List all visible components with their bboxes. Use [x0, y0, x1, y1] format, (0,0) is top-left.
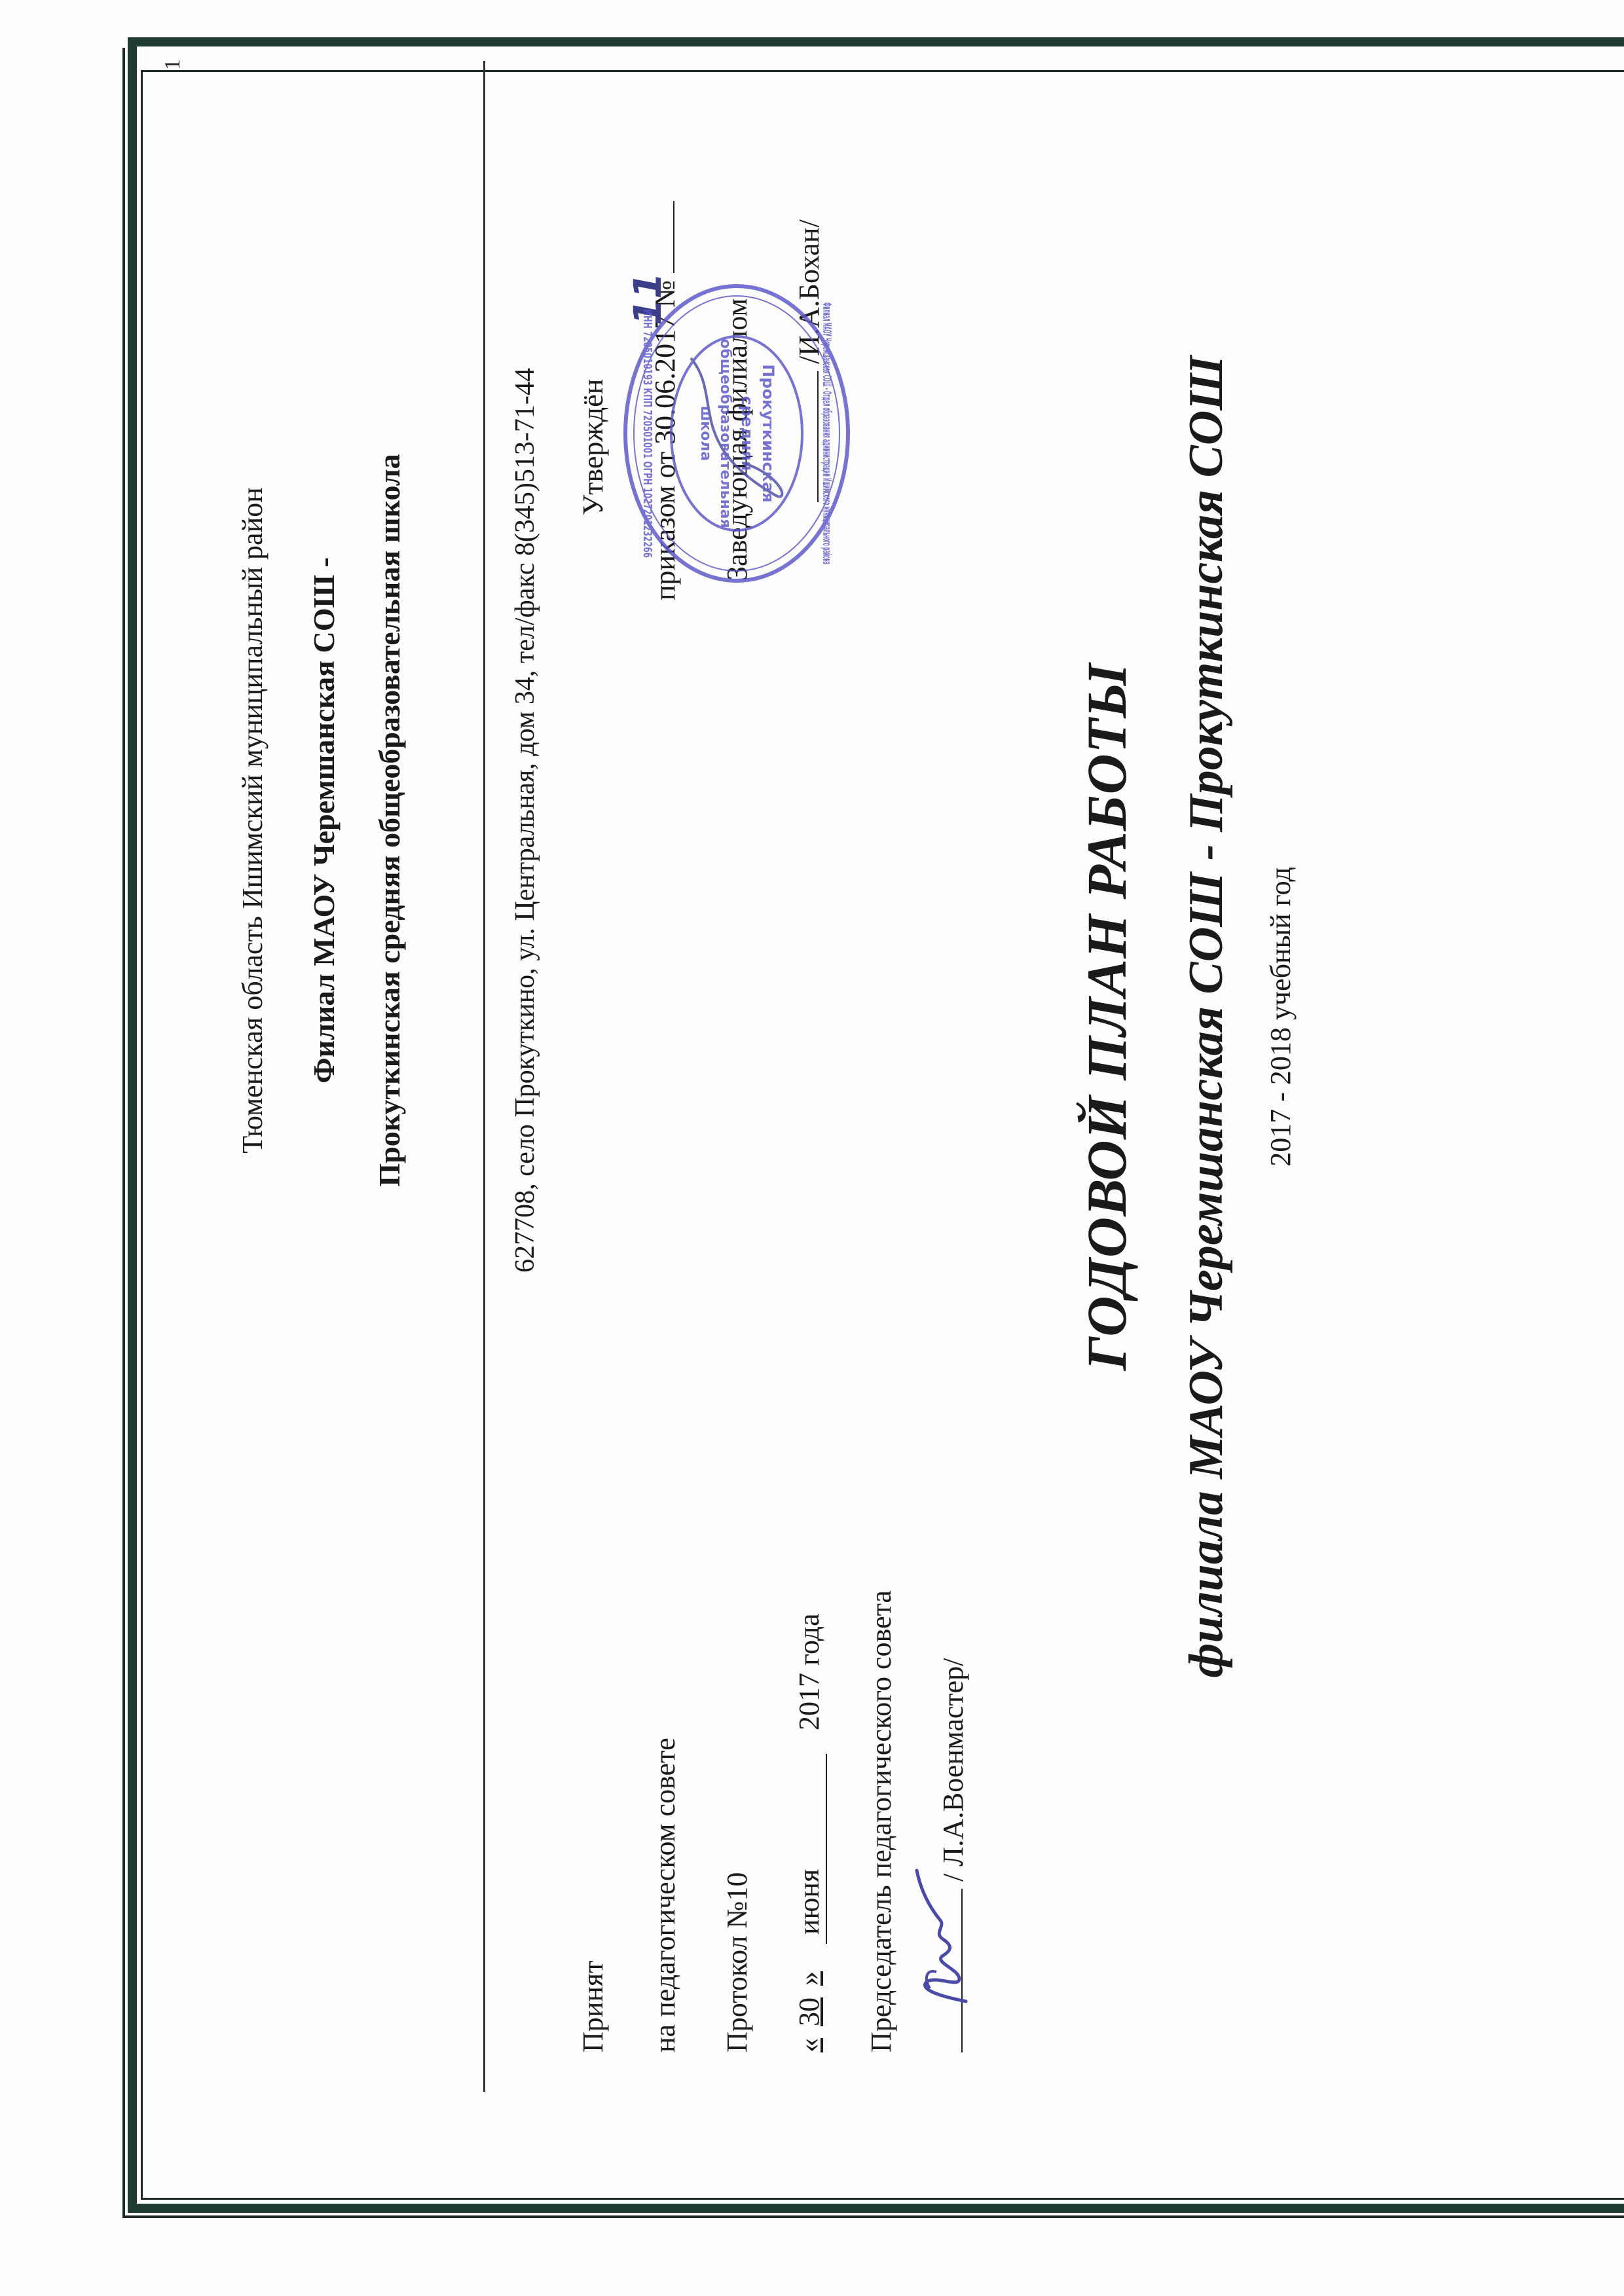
date-day: 30	[793, 1986, 825, 2038]
document-page: 1 Тюменская область Ишимский муниципальн…	[0, 0, 1624, 2296]
date-close-quote: »	[793, 1971, 825, 1986]
accepted-council: на педагогическом совете	[648, 1738, 682, 2052]
order-number-field	[673, 201, 674, 273]
header-region: Тюменская область Ишимский муниципальный…	[236, 166, 269, 1475]
accepted-chair-name: / Л.А.Военмастер/	[937, 1658, 969, 1882]
accepted-heading: Принят	[576, 1961, 610, 2052]
header-org-line-2: Прокуткинская средняя общеобразовательна…	[372, 166, 407, 1475]
stamp-ids-text: ИНН 7205010193 КПП 720501001 ОГРН 102720…	[640, 309, 654, 558]
accepted-date: «30» июня 2017 года	[792, 1613, 827, 2052]
stamp-inner-line-3: общеобразовательная	[717, 338, 733, 528]
accepted-chair-title: Председатель педагогического совета	[864, 1590, 898, 2052]
stamp-inner-line-4: школа	[697, 406, 714, 461]
header-address: 627708, село Прокуткино, ул. Центральная…	[509, 166, 541, 1475]
document-subtitle: филиала МАОУ Черемшанская СОШ - Прокутки…	[1179, 297, 1234, 1737]
date-month: июня	[793, 1869, 825, 1944]
official-stamp-icon: Прокуткинская средняя общеобразовательна…	[619, 280, 855, 587]
approved-heading: Утверждён	[576, 379, 610, 515]
accepted-protocol: Протокол №10	[720, 1872, 754, 2052]
chair-signature-icon	[907, 1864, 979, 2008]
document-title: ГОДОВОЙ ПЛАН РАБОТЫ	[1074, 297, 1139, 1737]
header-divider	[483, 61, 485, 2092]
rotated-sheet: 1 Тюменская область Ишимский муниципальн…	[0, 0, 1624, 2296]
date-open-quote: «	[793, 2038, 825, 2052]
stamp-inner-line-2: средняя	[738, 396, 756, 471]
date-month-field: июня	[792, 1754, 827, 1944]
document-year: 2017 - 2018 учебный год	[1264, 297, 1297, 1737]
page-number: 1	[160, 59, 185, 70]
date-year: 2017 года	[793, 1613, 825, 1730]
header-org-line-1: Филиал МАОУ Черемшанская СОШ -	[306, 166, 341, 1475]
stamp-outer-text: Филиал МАОУ Черемшанская СОШ - Отдел обр…	[820, 302, 834, 564]
